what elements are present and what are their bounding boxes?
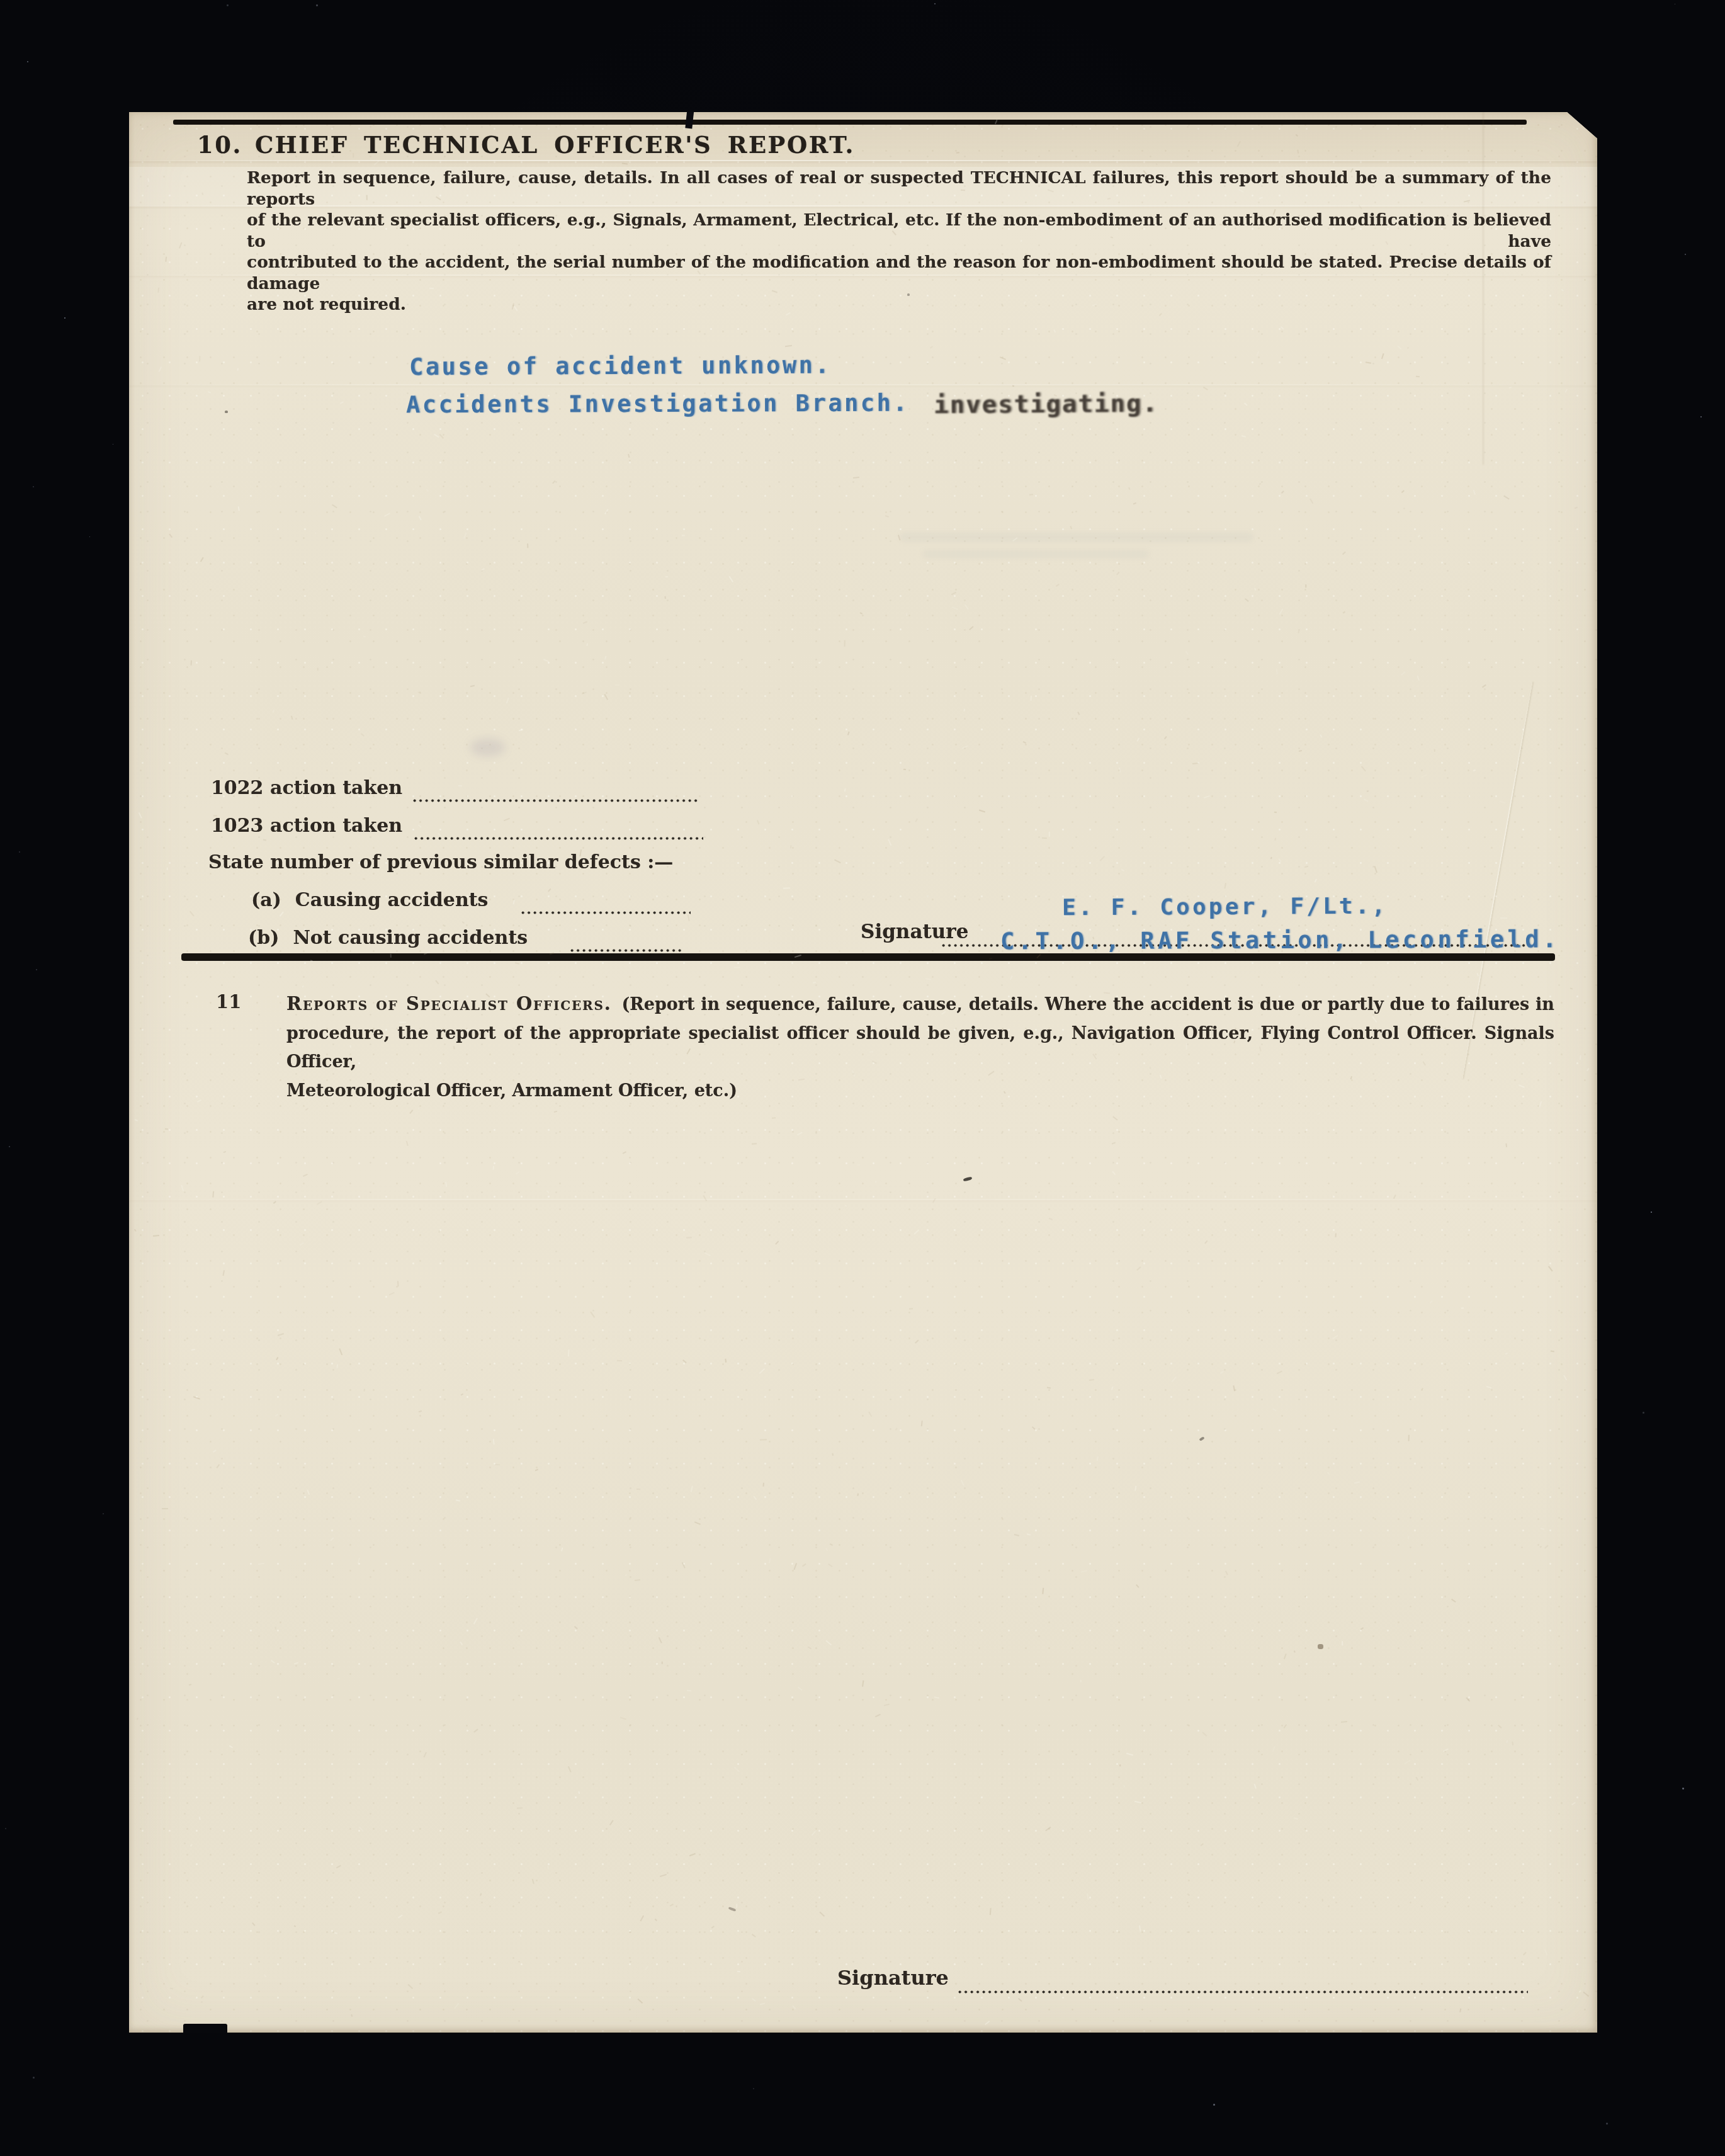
specialist-signature-dotted-line [958, 1990, 1528, 1994]
section-10-title: CHIEF TECHNICAL OFFICER'S REPORT. [255, 131, 855, 159]
section-11-number: 11 [216, 991, 241, 1013]
item-a-dotted-line [521, 911, 691, 915]
specialist-signature-label: Signature [837, 1966, 949, 1990]
ink-smudge [470, 739, 505, 756]
section-10-number: 10. [197, 131, 242, 159]
item-b-prefix: (b) [248, 927, 279, 949]
item-a-row: (a)Causing accidents [251, 889, 488, 911]
instruction-line: Meteorological Officer, Armament Officer… [286, 1077, 1554, 1106]
section-11-instructions: Reports of Specialist Officers.(Report i… [286, 990, 1554, 1105]
bleed-through-mark [900, 533, 1253, 542]
section-11-line1-rest: (Report in sequence, failure, cause, det… [622, 995, 1554, 1014]
scanned-document-viewer: { "colors": { "paper": "#eae3d0", "ink":… [0, 0, 1725, 2156]
bleed-through-mark [922, 550, 1149, 558]
item-a-prefix: (a) [251, 889, 281, 911]
typed-entry-overlay: investigating. [934, 390, 1158, 419]
item-b-row: (b)Not causing accidents [248, 927, 528, 949]
instruction-line: Report in sequence, failure, cause, deta… [247, 167, 1551, 210]
item-b-dotted-line [570, 948, 682, 953]
top-rule [173, 120, 1527, 125]
field-1022-dotted-line [412, 798, 699, 803]
horizontal-crease [129, 384, 1597, 385]
report-form-page: 10.CHIEF TECHNICAL OFFICER'S REPORT. Rep… [129, 112, 1597, 2033]
horizontal-crease [129, 160, 1597, 161]
section-10-instructions: Report in sequence, failure, cause, deta… [247, 167, 1551, 315]
typed-entry-line-2: Accidents Investigation Branch. [406, 390, 909, 419]
field-1023-label: 1023 action taken [211, 815, 402, 837]
section-divider-rule [181, 953, 1555, 961]
instruction-line: procedure, the report of the appropriate… [286, 1019, 1554, 1077]
section-11-title: Reports of Specialist Officers. [286, 993, 612, 1014]
typed-entry-line-1: Cause of accident unknown. [409, 352, 831, 381]
defects-heading: State number of previous similar defects… [208, 851, 673, 873]
section-10-heading: 10.CHIEF TECHNICAL OFFICER'S REPORT. [197, 131, 855, 159]
typed-signature-title: C.T.O., RAF Station, Leconfield. [1000, 926, 1560, 955]
instruction-line: of the relevant specialist officers, e.g… [247, 210, 1551, 252]
instruction-line: contributed to the accident, the serial … [247, 252, 1551, 294]
field-1023-dotted-line [414, 836, 703, 841]
field-1022-label: 1022 action taken [211, 777, 402, 799]
cto-signature-label: Signature [861, 921, 968, 943]
horizontal-crease [129, 1199, 1597, 1200]
item-b-label: Not causing accidents [293, 927, 528, 949]
instruction-line: are not required. [247, 294, 1551, 315]
typed-signature-name: E. F. Cooper, F/Lt., [1062, 894, 1388, 921]
item-a-label: Causing accidents [295, 889, 489, 911]
instruction-line: Reports of Specialist Officers.(Report i… [286, 990, 1554, 1019]
